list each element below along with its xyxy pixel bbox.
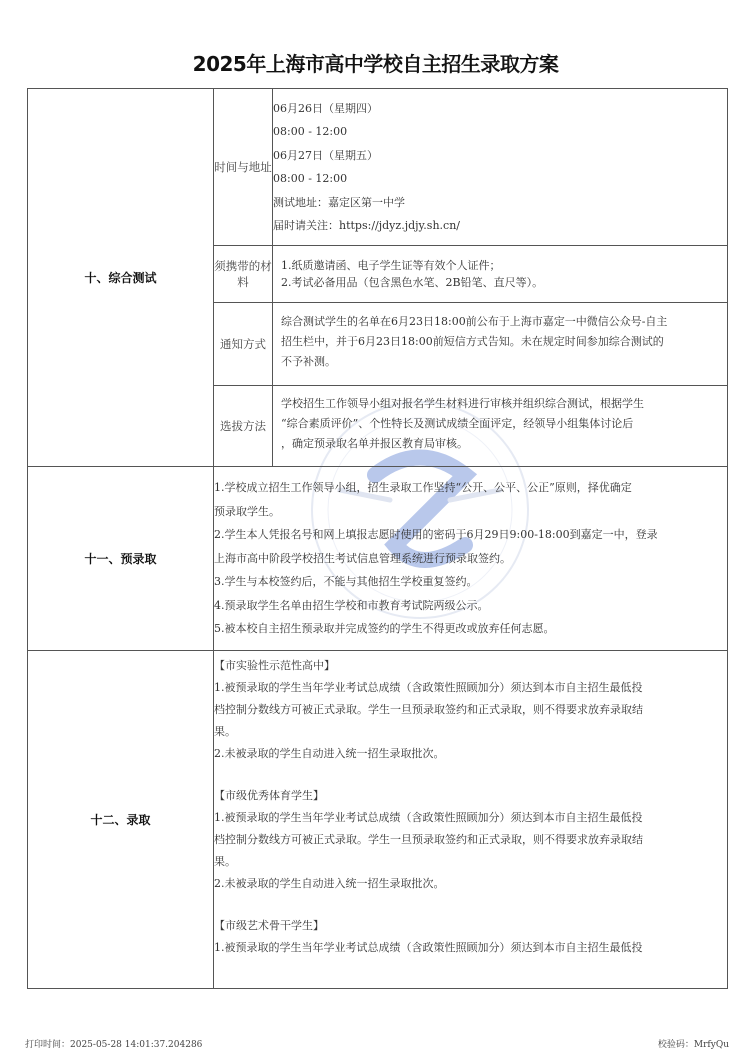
- row-label-time-location: 时间与地址: [214, 89, 273, 246]
- time-line-1: 08:00 - 12:00: [273, 120, 727, 144]
- admission-content: 【市实验性示范性高中】 1.被预录取的学生当年学业考试总成绩（含政策性照顾加分）…: [214, 651, 728, 989]
- materials-item-2: 2.考试必备用品（包含黑色水笔、2B铅笔、直尺等）。: [281, 274, 719, 291]
- notice-url: 届时请关注：https://jdyz.jdjy.sh.cn/: [273, 214, 727, 238]
- print-time: 打印时间：2025-05-28 14:01:37.204286: [25, 1037, 202, 1050]
- section-heading-comprehensive-test: 十、综合测试: [28, 89, 214, 467]
- section-heading-admission: 十二、录取: [28, 651, 214, 989]
- text-line: 1.被预录取的学生当年学业考试总成绩（含政策性照顾加分）须达到本市自主招生最低投: [214, 807, 727, 829]
- row-label-notification: 通知方式: [214, 303, 273, 386]
- text-line: 档控制分数线方可被正式录取。学生一旦预录取签约和正式录取，则不得要求放弃录取结: [214, 829, 727, 851]
- group-title-sports-students: 【市级优秀体育学生】: [214, 785, 727, 807]
- time-line-2: 08:00 - 12:00: [273, 167, 727, 191]
- test-address: 测试地址：嘉定区第一中学: [273, 191, 727, 215]
- table-row: 十二、录取 【市实验性示范性高中】 1.被预录取的学生当年学业考试总成绩（含政策…: [28, 651, 728, 989]
- text-line: ，确定预录取名单并报区教育局审核。: [281, 434, 719, 454]
- text-line: 1.被预录取的学生当年学业考试总成绩（含政策性照顾加分）须达到本市自主招生最低投: [214, 937, 727, 959]
- materials-item-1: 1.纸质邀请函、电子学生证等有效个人证件；: [281, 257, 719, 274]
- spacer: [214, 765, 727, 785]
- time-location-content: 06月26日（星期四） 08:00 - 12:00 06月27日（星期五） 08…: [273, 89, 728, 246]
- text-line: 不予补测。: [281, 352, 719, 372]
- text-line: 5.被本校自主招生预录取并完成签约的学生不得更改或放弃任何志愿。: [214, 617, 727, 641]
- text-line: 预录取学生。: [214, 500, 727, 524]
- materials-content: 1.纸质邀请函、电子学生证等有效个人证件； 2.考试必备用品（包含黑色水笔、2B…: [273, 246, 728, 303]
- text-line: 档控制分数线方可被正式录取。学生一旦预录取签约和正式录取，则不得要求放弃录取结: [214, 699, 727, 721]
- text-line: 2.未被录取的学生自动进入统一招生录取批次。: [214, 743, 727, 765]
- text-line: 2.学生本人凭报名号和网上填报志愿时使用的密码于6月29日9:00-18:00到…: [214, 523, 727, 547]
- text-line: 2.未被录取的学生自动进入统一招生录取批次。: [214, 873, 727, 895]
- text-line: 4.预录取学生名单由招生学校和市教育考试院两级公示。: [214, 594, 727, 618]
- group-title-demonstration-high-school: 【市实验性示范性高中】: [214, 655, 727, 677]
- date-line-1: 06月26日（星期四）: [273, 97, 727, 121]
- row-label-selection: 选拔方法: [214, 386, 273, 467]
- text-line: 上海市高中阶段学校招生考试信息管理系统进行预录取签约。: [214, 547, 727, 571]
- row-label-materials: 须携带的材料: [214, 246, 273, 303]
- selection-content: 学校招生工作领导小组对报名学生材料进行审核并组织综合测试，根据学生 “综合素质评…: [273, 386, 728, 467]
- notification-content: 综合测试学生的名单在6月23日18:00前公布于上海市嘉定一中微信公众号-自主 …: [273, 303, 728, 386]
- text-line: “综合素质评价”、个性特长及测试成绩全面评定，经领导小组集体讨论后: [281, 414, 719, 434]
- text-line: 3.学生与本校签约后，不能与其他招生学校重复签约。: [214, 570, 727, 594]
- section-heading-pre-admission: 十一、预录取: [28, 467, 214, 651]
- text-line: 1.被预录取的学生当年学业考试总成绩（含政策性照顾加分）须达到本市自主招生最低投: [214, 677, 727, 699]
- text-line: 果。: [214, 851, 727, 873]
- text-line: 果。: [214, 721, 727, 743]
- pre-admission-content: 1.学校成立招生工作领导小组，招生录取工作坚持“公开、公平、公正”原则，择优确定…: [214, 467, 728, 651]
- checksum: 校验码：MrfyQu: [658, 1037, 729, 1050]
- text-line: 1.学校成立招生工作领导小组，招生录取工作坚持“公开、公平、公正”原则，择优确定: [214, 476, 727, 500]
- text-line: 学校招生工作领导小组对报名学生材料进行审核并组织综合测试，根据学生: [281, 394, 719, 414]
- text-line: 招生栏中，并于6月23日18:00前短信方式告知。未在规定时间参加综合测试的: [281, 332, 719, 352]
- document-title: 2025年上海市高中学校自主招生录取方案: [0, 48, 751, 77]
- date-line-2: 06月27日（星期五）: [273, 144, 727, 168]
- admission-plan-table: 十、综合测试 时间与地址 06月26日（星期四） 08:00 - 12:00 0…: [27, 88, 728, 989]
- group-title-art-students: 【市级艺术骨干学生】: [214, 915, 727, 937]
- text-line: 综合测试学生的名单在6月23日18:00前公布于上海市嘉定一中微信公众号-自主: [281, 312, 719, 332]
- table-row: 十、综合测试 时间与地址 06月26日（星期四） 08:00 - 12:00 0…: [28, 89, 728, 246]
- spacer: [214, 895, 727, 915]
- table-row: 十一、预录取 1.学校成立招生工作领导小组，招生录取工作坚持“公开、公平、公正”…: [28, 467, 728, 651]
